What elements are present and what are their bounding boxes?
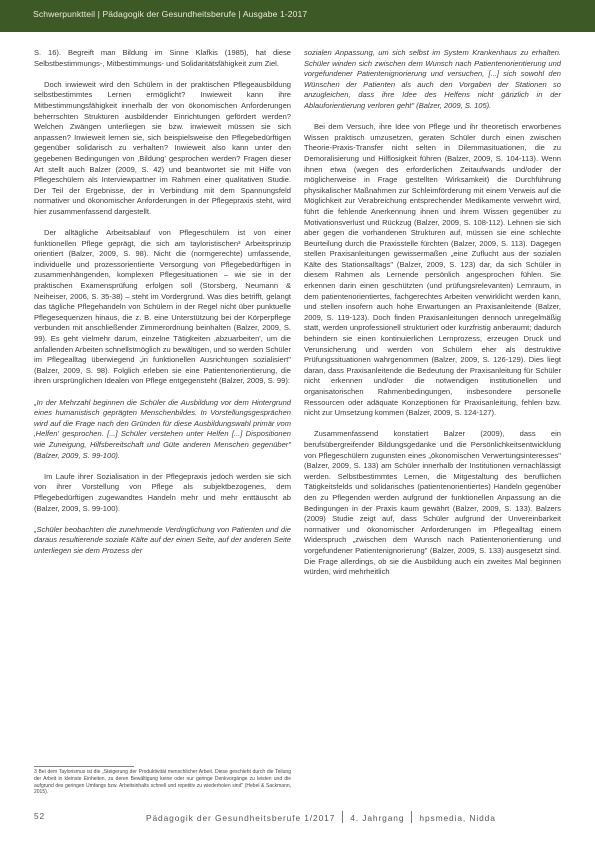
publisher: hpsmedia, Nidda [419, 813, 495, 823]
left-column: S. 16). Begreift man Bildung im Sinne Kl… [34, 48, 291, 557]
footnote-divider [34, 766, 134, 767]
page-header-band: Schwerpunktteil | Pädagogik der Gesundhe… [0, 0, 595, 32]
paragraph: S. 16). Begreift man Bildung im Sinne Kl… [34, 48, 291, 69]
volume: 4. Jahrgang [350, 813, 404, 823]
footnote: 3 Bei dem Taylorismus ist die „Steigerun… [34, 769, 291, 796]
journal-title: Pädagogik der Gesundheitsberufe 1/2017 [146, 813, 335, 823]
right-column: sozialen Anpassung, um sich selbst im Sy… [304, 48, 561, 578]
footer-separator [342, 811, 343, 823]
paragraph: Zusammenfassend konstatiert Balzer (2009… [304, 429, 561, 577]
header-title: Schwerpunktteil | Pädagogik der Gesundhe… [33, 9, 307, 19]
paragraph: Doch inwieweit wird den Schülern in der … [34, 80, 291, 218]
block-quote: „In der Mehrzahl beginnen die Schüler di… [34, 398, 291, 462]
block-quote: „Schüler beobachten die zunehmende Verdi… [34, 525, 291, 557]
paragraph: Bei dem Versuch, ihre Idee von Pflege un… [304, 122, 561, 419]
paragraph: Der alltägliche Arbeitsablauf von Pflege… [34, 228, 291, 387]
page-number: 52 [34, 811, 45, 821]
footer-separator [411, 811, 412, 823]
paragraph: Im Laufe ihrer Sozialisation in der Pfle… [34, 472, 291, 514]
block-quote: sozialen Anpassung, um sich selbst im Sy… [304, 48, 561, 112]
footer-info: Pädagogik der Gesundheitsberufe 1/20174.… [146, 811, 496, 823]
